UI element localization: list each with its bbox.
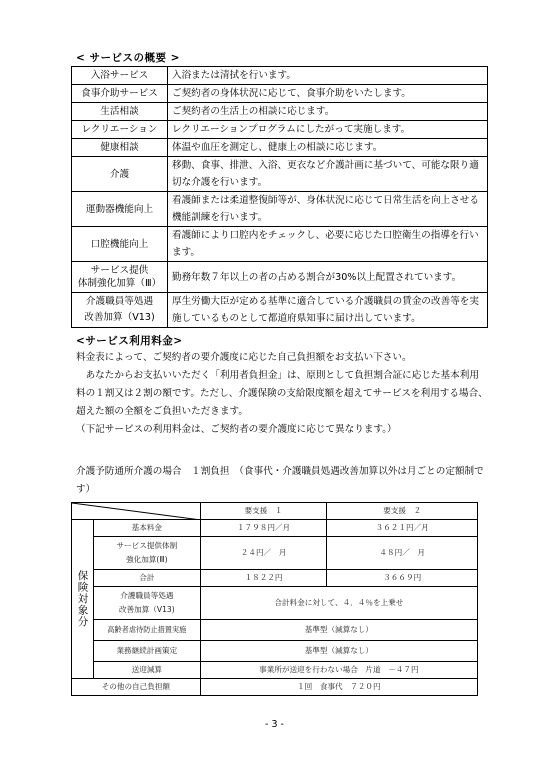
- table-row: 口腔機能向上 看護師により口腔内をチェックし、必要に応じた口腔衛生の指導を行いま…: [72, 227, 488, 262]
- table-row: サービス提供 体制強化加算（Ⅲ） 勤務年数７年以上の者の占める割合が30%以上配…: [72, 262, 488, 293]
- table-row: 業務継続計画策定 基準型（減算なし）: [72, 641, 478, 662]
- cell-value: ３６２１円／月: [327, 520, 478, 537]
- cell-value: ４８円／ 月: [327, 537, 478, 570]
- row-desc: 看護師により口腔内をチェックし、必要に応じた口腔衛生の指導を行います。: [168, 227, 488, 262]
- fees-paragraph: あなたからお支払いいただく「利用者負担金」は、原則として負担割合証に応じた基本利…: [76, 367, 488, 421]
- row-desc: 厚生労働大臣が定める基準に適合している介護職員の賃金の改善等を実施しているものと…: [168, 293, 488, 328]
- table-row: 健康相談 体温や血圧を測定し、健康上の相談に応じます。: [72, 139, 488, 157]
- fees-heading: <サービス利用料金>: [76, 333, 183, 348]
- row-desc: 入浴または清拭を行います。: [168, 67, 488, 85]
- row-label: 送迎減算: [93, 662, 200, 679]
- fees-paragraph: 料金表によって、ご契約者の要介護度に応じた自己負担額をお支払い下さい。: [76, 349, 488, 367]
- row-label: 介護職員等処遇 改善加算（V13): [72, 293, 168, 328]
- row-label: 基本料金: [93, 520, 200, 537]
- table-row: 高齢者虐待防止措置実施 基準型（減算なし）: [72, 620, 478, 641]
- row-desc: レクリエーションプログラムにしたがって実施します。: [168, 121, 488, 139]
- merged-value: 事業所が送迎を行わない場合 片道 －４７円: [200, 662, 477, 679]
- row-desc: 体温や血圧を測定し、健康上の相談に応じます。: [168, 139, 488, 157]
- row-desc: ご契約者の身体状況に応じて、食事介助をいたします。: [168, 85, 488, 103]
- row-label: 生活相談: [72, 103, 168, 121]
- fees-body: 料金表によって、ご契約者の要介護度に応じた自己負担額をお支払い下さい。 あなたか…: [76, 349, 488, 439]
- row-label: 食事介助サービス: [72, 85, 168, 103]
- table-row: 保険対象分 基本料金 １７９８円／月 ３６２１円／月: [72, 520, 478, 537]
- row-label: 業務継続計画策定: [93, 641, 200, 662]
- row-desc: 勤務年数７年以上の者の占める割合が30%以上配置されています。: [168, 262, 488, 293]
- row-label: レクリエーション: [72, 121, 168, 139]
- col-header: 要支援 １: [200, 503, 327, 520]
- row-label: 運動器機能向上: [72, 192, 168, 227]
- row-label: 健康相談: [72, 139, 168, 157]
- row-label: その他の自己負担額: [72, 679, 201, 696]
- row-label-line: 改善加算（V13): [74, 310, 165, 326]
- table-row: 生活相談 ご契約者の生活上の相談に応じます。: [72, 103, 488, 121]
- cell-value: １７９８円／月: [200, 520, 327, 537]
- row-label-line: サービス提供: [73, 264, 166, 277]
- row-label: サービス提供体制 強化加算(Ⅲ): [93, 537, 200, 570]
- row-label: 入浴サービス: [72, 67, 168, 85]
- overview-heading: < サービスの概要 >: [76, 50, 180, 65]
- table-row: その他の自己負担額 １回 食事代 ７２０円: [72, 679, 478, 696]
- table-row: 食事介助サービス ご契約者の身体状況に応じて、食事介助をいたします。: [72, 85, 488, 103]
- merged-value: １回 食事代 ７２０円: [200, 679, 477, 696]
- table-row: 介護職員等処遇 改善加算（V13) 合計料金に対して、４．４％を上乗せ: [72, 587, 478, 620]
- insurance-group-label: 保険対象分: [72, 520, 94, 679]
- row-label-line: 体制強化加算（Ⅲ）: [73, 277, 166, 290]
- row-label: 高齢者虐待防止措置実施: [93, 620, 200, 641]
- diagonal-corner-cell: [72, 503, 201, 520]
- row-desc: 看護師または柔道整復師等が、身体状況に応じて日常生活を向上させる機能訓練を行いま…: [168, 192, 488, 227]
- price-table: 要支援 １ 要支援 ２ 保険対象分 基本料金 １７９８円／月 ３６２１円／月 サ…: [71, 502, 478, 696]
- row-label: 介護職員等処遇 改善加算（V13): [93, 587, 200, 620]
- merged-value: 基準型（減算なし）: [200, 620, 477, 641]
- cell-value: １８２２円: [200, 570, 327, 587]
- row-desc: 移動、食事、排泄、入浴、更衣など介護計画に基づいて、可能な限り適切な介護を行いま…: [168, 157, 488, 192]
- row-label-line: 介護職員等処遇: [94, 589, 200, 603]
- diagonal-line-icon: [72, 503, 201, 520]
- col-header: 要支援 ２: [327, 503, 478, 520]
- row-desc: ご契約者の生活上の相談に応じます。: [168, 103, 488, 121]
- row-label: 介護: [72, 157, 168, 192]
- service-overview-table: 入浴サービス 入浴または清拭を行います。 食事介助サービス ご契約者の身体状況に…: [71, 66, 488, 328]
- header-row: 要支援 １ 要支援 ２: [72, 503, 478, 520]
- row-label: サービス提供 体制強化加算（Ⅲ）: [72, 262, 168, 293]
- table-row: 入浴サービス 入浴または清拭を行います。: [72, 67, 488, 85]
- table-row: サービス提供体制 強化加算(Ⅲ) ２４円／ 月 ４８円／ 月: [72, 537, 478, 570]
- table-row: レクリエーション レクリエーションプログラムにしたがって実施します。: [72, 121, 488, 139]
- fees-paragraph: （下記サービスの利用料金は、ご契約者の要介護度に応じて異なります。）: [76, 421, 488, 439]
- row-label-line: サービス提供体制: [94, 539, 200, 553]
- row-label: 口腔機能向上: [72, 227, 168, 262]
- table-row: 合計 １８２２円 ３６６９円: [72, 570, 478, 587]
- price-table-caption: 介護予防通所介護の場合 １割負担 （食事代・介護職員処遇改善加算以外は月ごとの定…: [76, 463, 486, 499]
- row-label-line: 強化加算(Ⅲ): [94, 553, 200, 567]
- merged-value: 合計料金に対して、４．４％を上乗せ: [200, 587, 477, 620]
- row-label-line: 改善加算（V13): [94, 603, 200, 617]
- cell-value: ３６６９円: [327, 570, 478, 587]
- row-label-line: 介護職員等処遇: [74, 294, 165, 310]
- merged-value: 基準型（減算なし）: [200, 641, 477, 662]
- page-number: - 3 -: [0, 719, 549, 730]
- cell-value: ２４円／ 月: [200, 537, 327, 570]
- table-row: 送迎減算 事業所が送迎を行わない場合 片道 －４７円: [72, 662, 478, 679]
- table-row: 介護職員等処遇 改善加算（V13) 厚生労働大臣が定める基準に適合している介護職…: [72, 293, 488, 328]
- row-label: 合計: [93, 570, 200, 587]
- table-row: 介護 移動、食事、排泄、入浴、更衣など介護計画に基づいて、可能な限り適切な介護を…: [72, 157, 488, 192]
- table-row: 運動器機能向上 看護師または柔道整復師等が、身体状況に応じて日常生活を向上させる…: [72, 192, 488, 227]
